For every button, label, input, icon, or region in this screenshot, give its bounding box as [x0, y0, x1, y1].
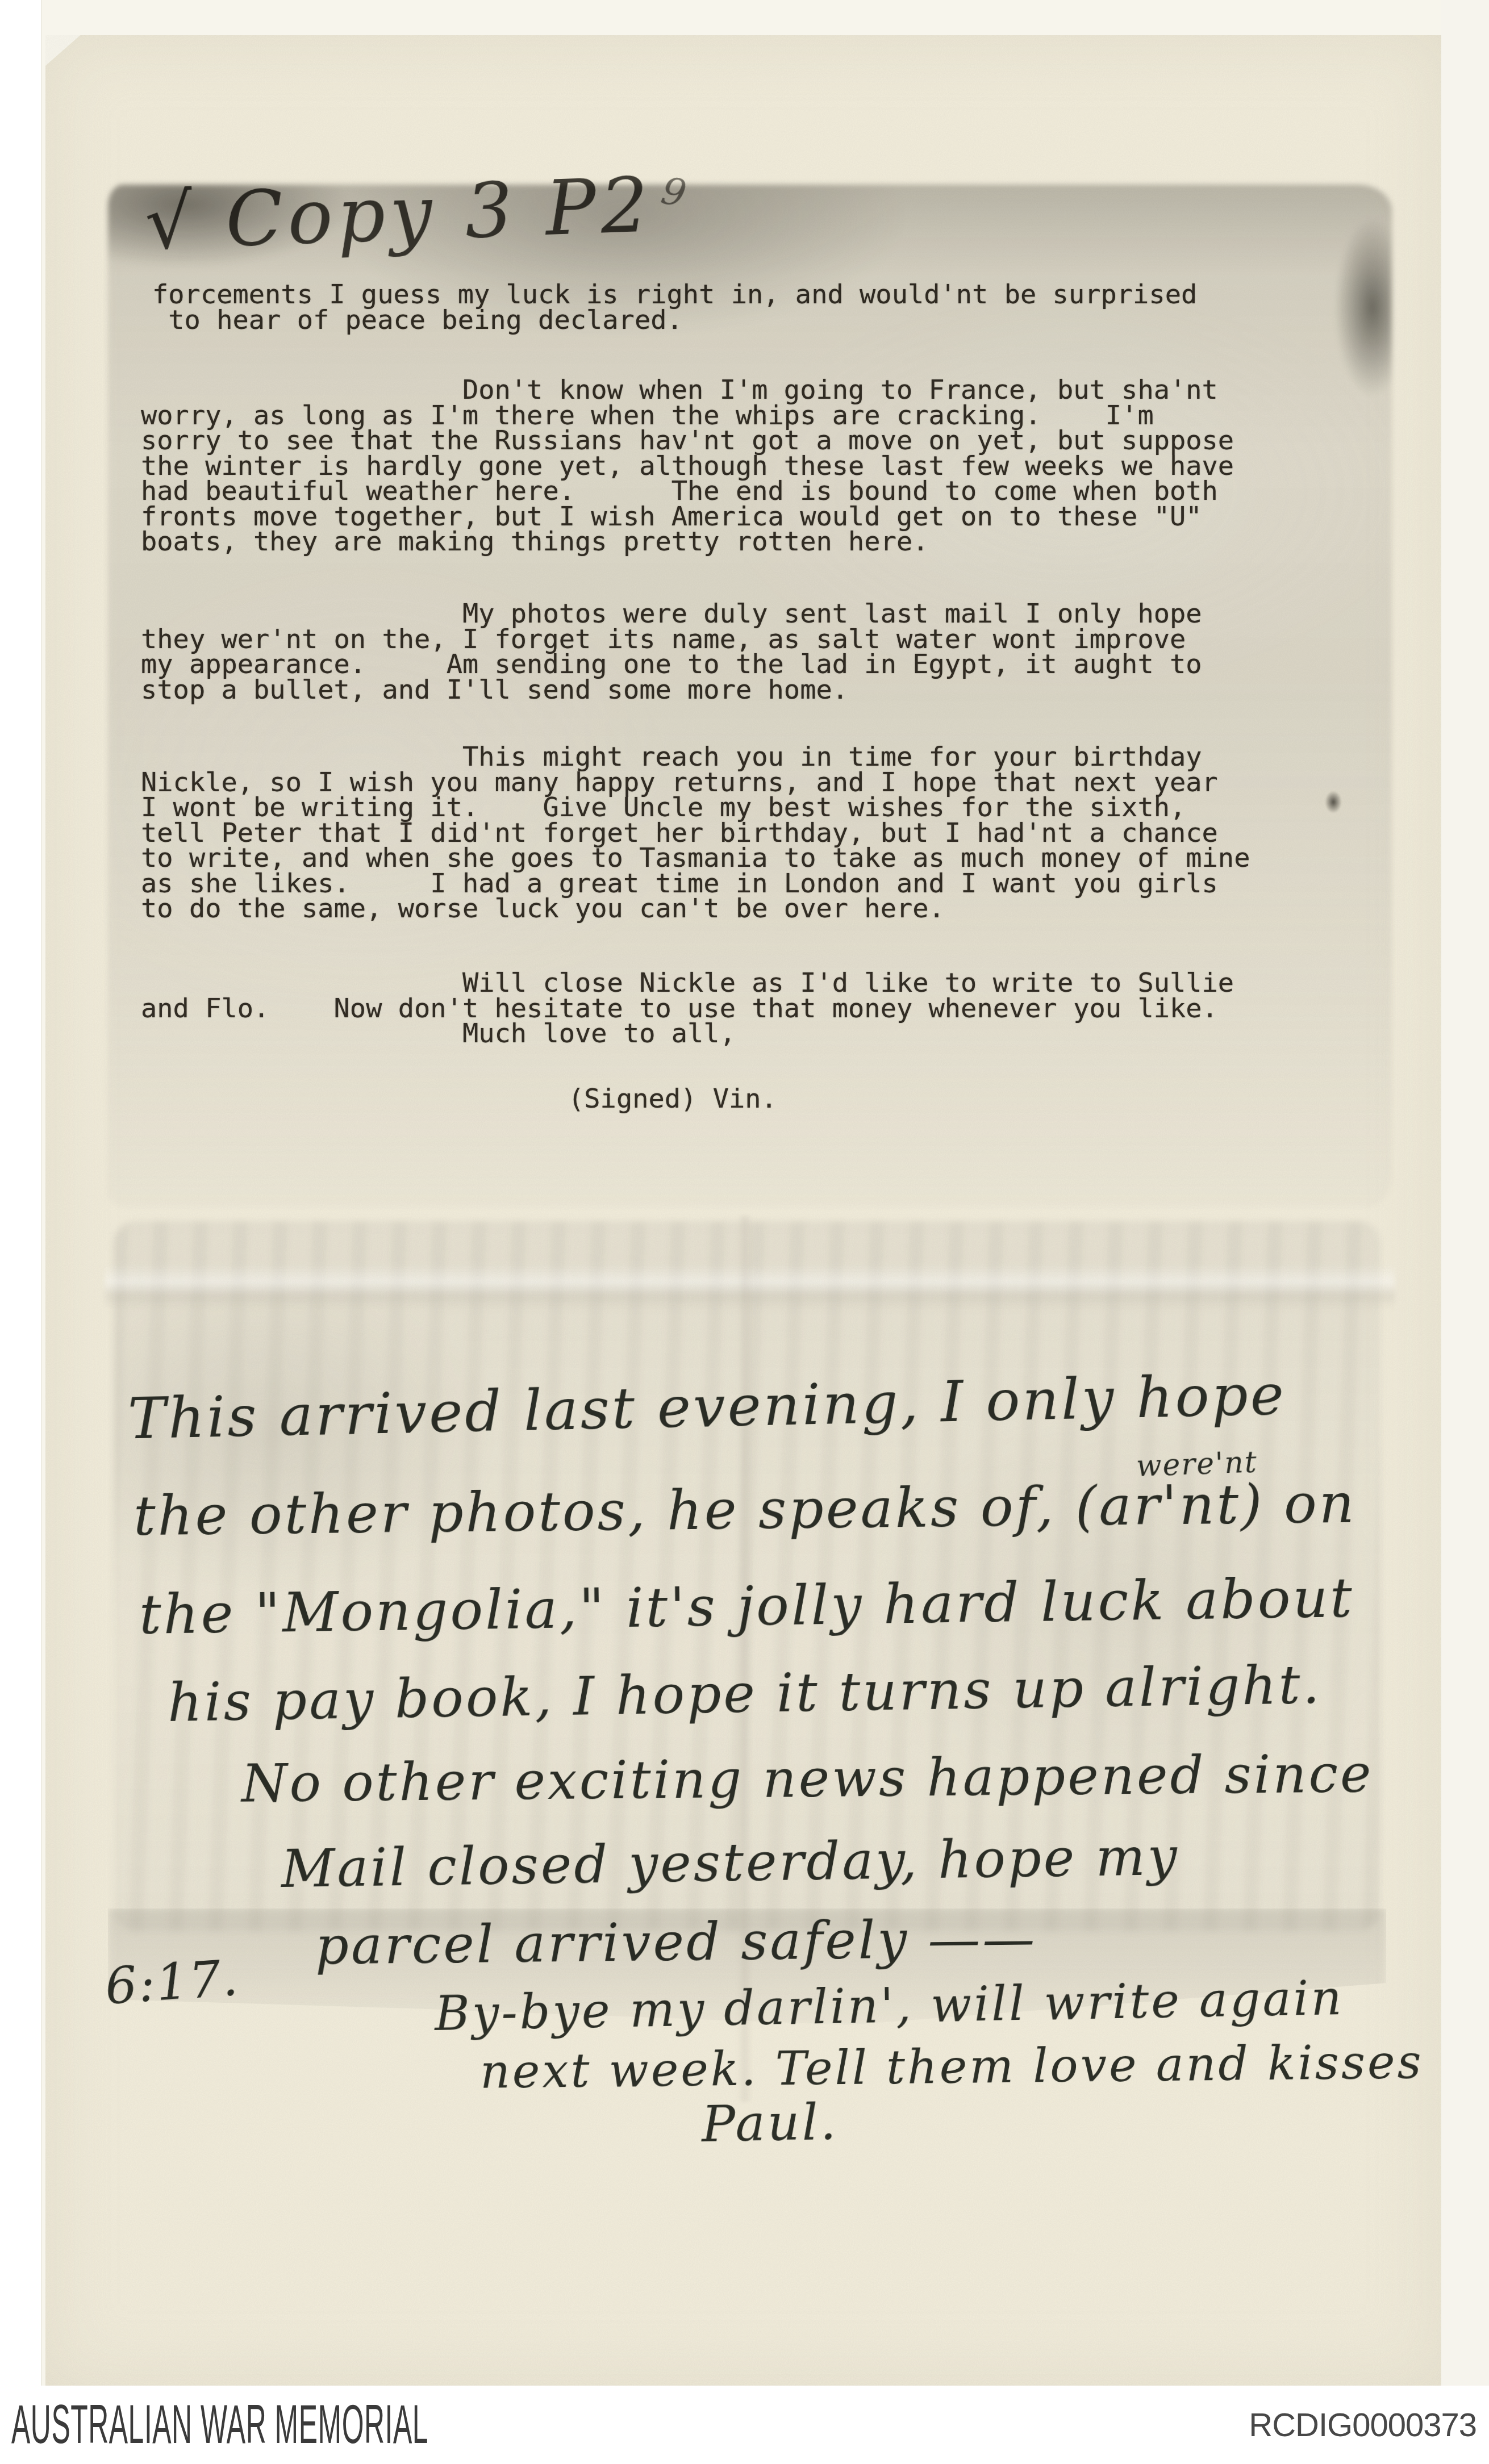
typed-paragraph-4: This might reach you in time for your bi…: [141, 745, 1250, 922]
typed-paragraph-2: Don't know when I'm going to France, but…: [141, 378, 1234, 555]
handwritten-signature: Paul.: [701, 2093, 839, 2153]
footer-bar: AUSTRALIAN WAR MEMORIAL RCDIG0000373: [0, 2386, 1489, 2464]
copy-number-annotation: √ Copy 3 P2: [144, 161, 654, 266]
footer-institution-label: AUSTRALIAN WAR MEMORIAL: [11, 2394, 428, 2456]
typed-paragraph-1: forcements I guess my luck is right in, …: [152, 282, 1197, 333]
handwritten-line-7: parcel arrived safely ——: [315, 1908, 1037, 1976]
handwritten-line-2: the other photos, he speaks of, (ar'nt) …: [133, 1472, 1357, 1548]
handwritten-line-5: No other exciting news happened since: [241, 1743, 1374, 1814]
scan-right-margin: [1441, 0, 1489, 2386]
ink-speck: [1325, 791, 1342, 813]
signature-line: (Signed) Vin.: [568, 1087, 777, 1112]
footer-record-id: RCDIG0000373: [1249, 2406, 1477, 2444]
scanned-letter-page: √ Copy 3 P2 9 forcements I guess my luck…: [0, 0, 1489, 2464]
scan-edge-strip: [0, 0, 41, 2464]
typed-paragraph-3: My photos were duly sent last mail I onl…: [141, 602, 1202, 703]
typed-paragraph-5: Will close Nickle as I'd like to write t…: [141, 971, 1234, 1047]
handwritten-line-6: Mail closed yesterday, hope my: [281, 1826, 1179, 1899]
corner-number-annotation: 6:17.: [103, 1948, 241, 2016]
handwritten-line-9: next week. Tell them love and kisses: [480, 2035, 1424, 2099]
